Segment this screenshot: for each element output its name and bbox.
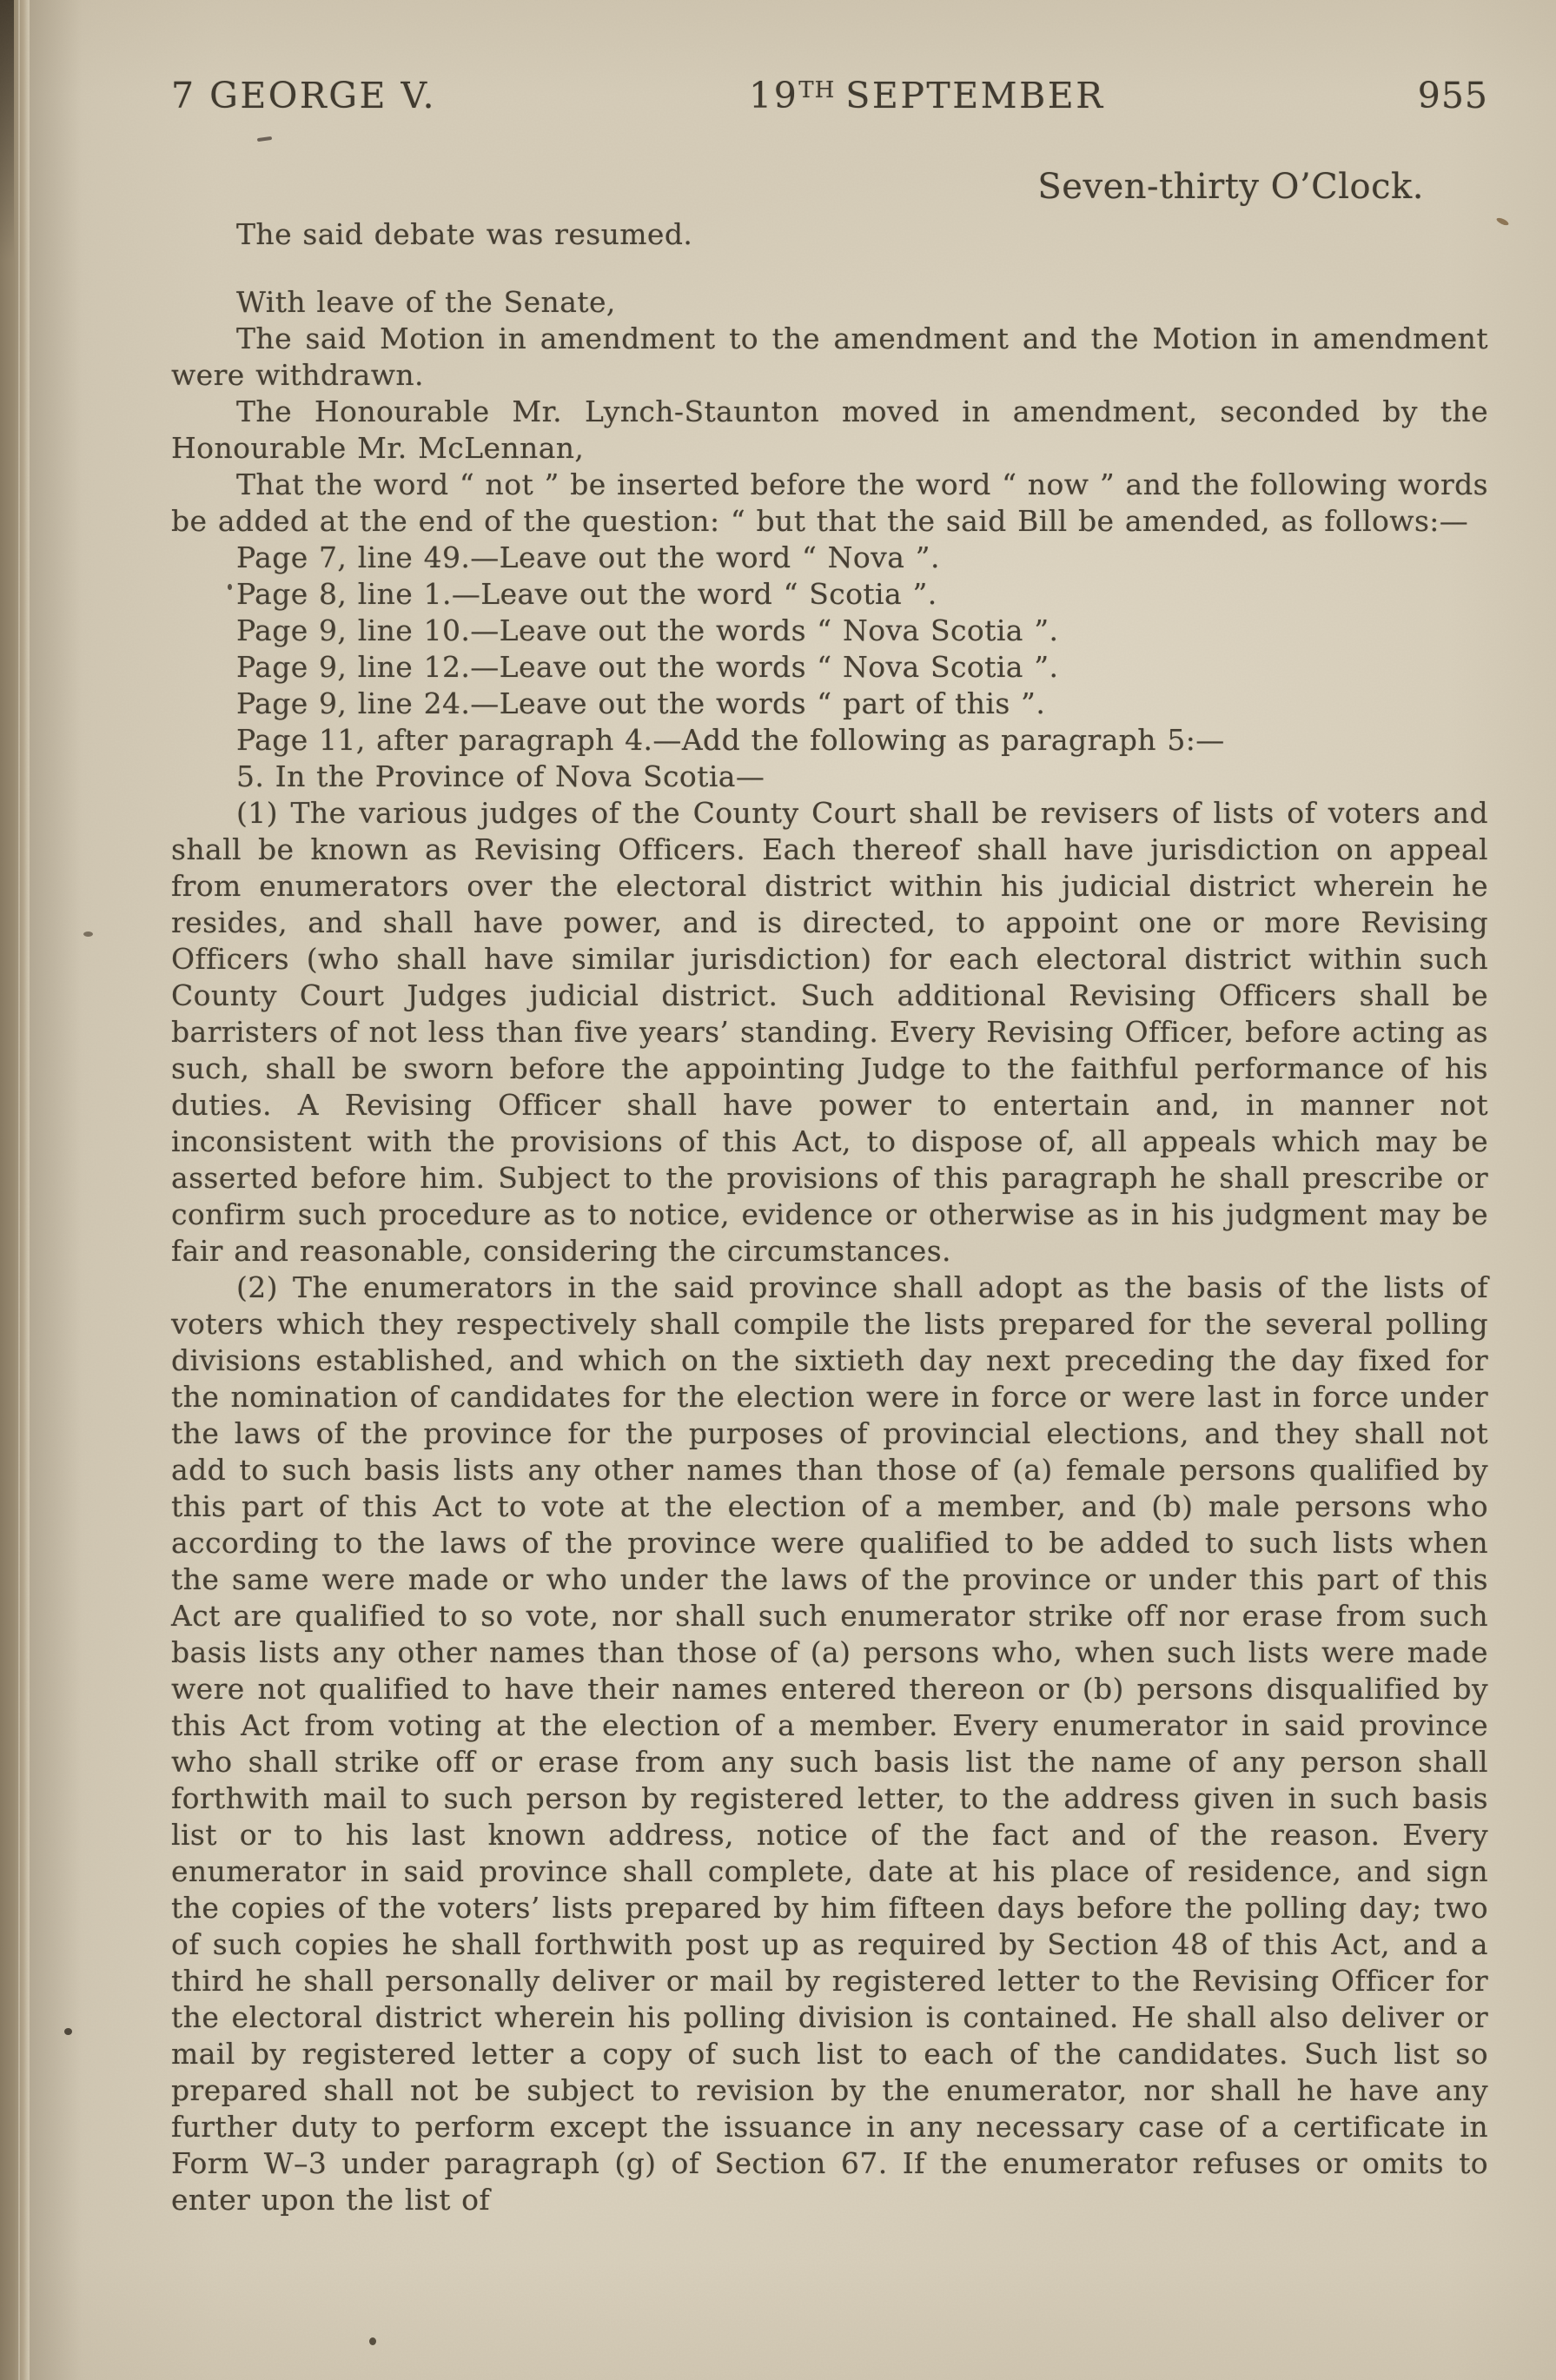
running-header: 7 GEORGE V. 19THSEPTEMBER 955: [171, 78, 1488, 114]
amendment-line: Page 7, line 49.—Leave out the word “ No…: [171, 540, 1488, 576]
paragraph-motion-withdrawn: The said Motion in amendment to the amen…: [171, 321, 1488, 394]
regnal-year: 7 GEORGE V.: [171, 78, 436, 114]
scan-speck: [1495, 216, 1509, 227]
paragraph-moved-in-amendment: The Honourable Mr. Lynch-Staunton moved …: [171, 394, 1488, 467]
amendment-line: Page 9, line 24.—Leave out the words “ p…: [171, 686, 1488, 722]
header-date: 19THSEPTEMBER: [436, 78, 1418, 114]
page-content: 7 GEORGE V. 19THSEPTEMBER 955 Seven-thir…: [171, 0, 1488, 2380]
paragraph-that-the-word: That the word “ not ” be inserted before…: [171, 467, 1488, 540]
binding-edge-shadow: [30, 0, 82, 2380]
amendment-line: Page 11, after paragraph 4.—Add the foll…: [171, 722, 1488, 759]
header-date-day: 19: [749, 75, 798, 116]
scan-speck: [369, 2337, 376, 2345]
header-date-month: SEPTEMBER: [845, 75, 1104, 116]
page-number: 955: [1418, 78, 1488, 114]
scan-speck: [64, 2028, 72, 2035]
amendment-line: Page 9, line 12.—Leave out the words “ N…: [171, 649, 1488, 686]
amendment-heading-province: 5. In the Province of Nova Scotia—: [171, 759, 1488, 795]
paragraph-clause-2: (2) The enumerators in the said province…: [171, 1270, 1488, 2218]
paragraph-clause-1: (1) The various judges of the County Cou…: [171, 795, 1488, 1270]
scanned-journal-page: 7 GEORGE V. 19THSEPTEMBER 955 Seven-thir…: [0, 0, 1556, 2380]
amendment-line: Page 8, line 1.—Leave out the word “ Sco…: [171, 576, 1488, 613]
scan-speck: [83, 931, 93, 937]
amendment-line: Page 9, line 10.—Leave out the words “ N…: [171, 613, 1488, 649]
binding-edge: [0, 0, 30, 2380]
paragraph-with-leave: With leave of the Senate,: [171, 284, 1488, 321]
time-note: Seven-thirty O’Clock.: [171, 169, 1488, 204]
amendment-list: Page 7, line 49.—Leave out the word “ No…: [171, 540, 1488, 795]
scan-speck: [228, 584, 232, 590]
paragraph-debate-resumed: The said debate was resumed.: [171, 216, 1488, 253]
header-date-ordinal: TH: [798, 77, 835, 103]
